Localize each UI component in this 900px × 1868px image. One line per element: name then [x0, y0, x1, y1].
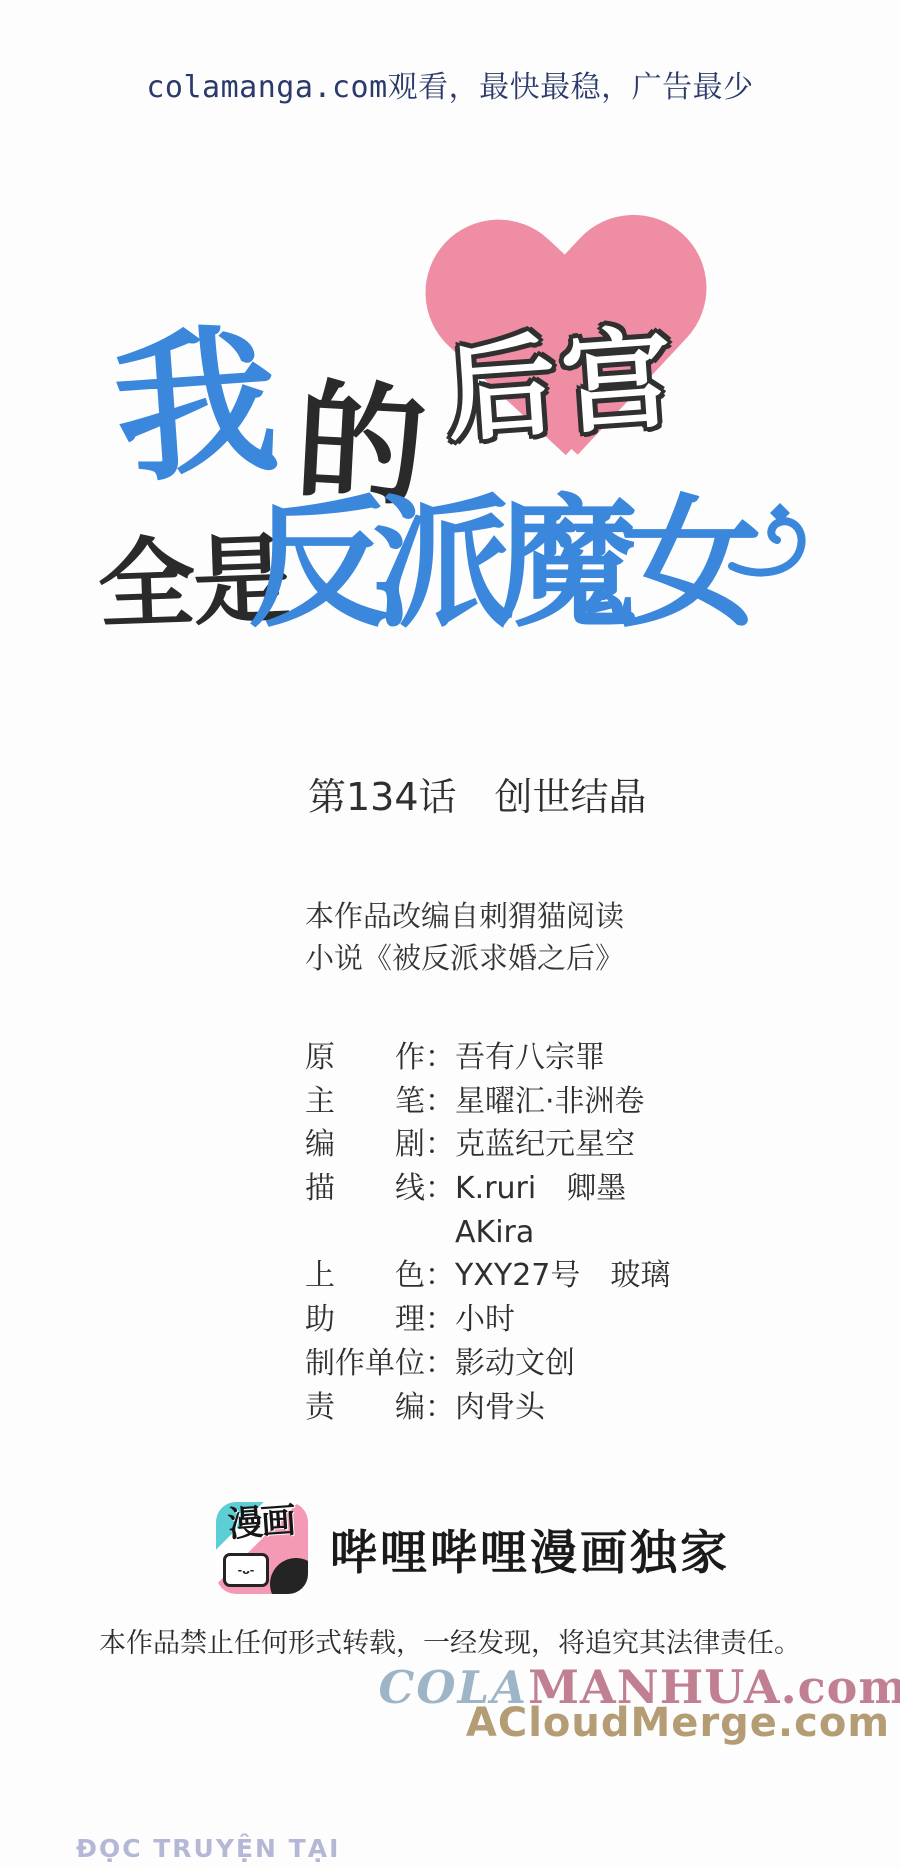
credit-value: 克蓝纪元星空 [455, 1127, 635, 1162]
chapter-title: 第134话 创世结晶 [308, 766, 647, 821]
bilibili-icon-tv-face: -ᴗ- [223, 1553, 269, 1587]
devil-tail-icon [728, 492, 820, 584]
credit-row-production-unit: 制作单位：影动文创 [305, 1342, 670, 1386]
credit-row-lead-artist: 主 笔：星曜汇·非洲卷 [305, 1080, 670, 1124]
site-watermark-acloudmerge: ACloudMerge.com [466, 1700, 890, 1746]
credit-value: 吾有八宗罪 [455, 1040, 605, 1075]
credit-value: AKira [455, 1215, 534, 1250]
credit-value: 影动文创 [455, 1346, 575, 1381]
series-title-char-wo: 我 [110, 321, 283, 494]
adaptation-note-line1: 本作品改编自刺猬猫阅读 [305, 894, 624, 935]
bilibili-icon-ink-blob [270, 1558, 308, 1594]
tv-face-icon: -ᴗ- [238, 1565, 255, 1576]
credit-label: 制作单位： [305, 1342, 455, 1386]
credit-row-editor: 责 编：肉骨头 [305, 1386, 670, 1430]
doc-truyen-tai-watermark: ĐỌC TRUYỆN TẠI [76, 1834, 340, 1863]
credit-row-screenwriter: 编 剧：克蓝纪元星空 [305, 1123, 670, 1167]
series-title-heart-text: 后宫 [442, 322, 681, 448]
credit-label: 原 作： [305, 1036, 455, 1080]
credit-label: 描 线： [305, 1167, 455, 1211]
site-promo-text: colamanga.com观看，最快最稳，广告最少 [0, 62, 900, 106]
credit-value: YXY27号 玻璃 [455, 1258, 670, 1293]
credit-value: K.ruri 卿墨 [455, 1171, 626, 1206]
series-title-line2-blue: 反派魔女 [248, 494, 744, 636]
credit-row-coloring: 上 色：YXY27号 玻璃 [305, 1254, 670, 1298]
manga-title-page: colamanga.com观看，最快最稳，广告最少 后宫 我 的 全是 反派魔女… [0, 0, 900, 1868]
adaptation-note-line2: 小说《被反派求婚之后》 [305, 936, 624, 977]
bilibili-icon-manhua-text: 漫画 [227, 1504, 299, 1544]
credits-list: 原 作：吾有八宗罪 主 笔：星曜汇·非洲卷 编 剧：克蓝纪元星空 描 线：K.r… [305, 1036, 670, 1429]
credit-label: 助 理： [305, 1298, 455, 1342]
credit-row-line-art-cont: AKira [305, 1211, 670, 1255]
copyright-warning: 本作品禁止任何形式转载，一经发现，将追究其法律责任。 [0, 1621, 900, 1660]
credit-value: 肉骨头 [455, 1390, 545, 1425]
credit-label: 编 剧： [305, 1123, 455, 1167]
credit-value: 小时 [455, 1302, 515, 1337]
credit-label: 责 编： [305, 1386, 455, 1430]
credit-row-assistant: 助 理：小时 [305, 1298, 670, 1342]
publisher-exclusive-text: 哔哩哔哩漫画独家 [330, 1516, 730, 1583]
credit-label: 主 笔： [305, 1080, 455, 1124]
credit-label: 上 色： [305, 1254, 455, 1298]
credit-value: 星曜汇·非洲卷 [455, 1084, 645, 1119]
credit-row-original-author: 原 作：吾有八宗罪 [305, 1036, 670, 1080]
bilibili-manga-app-icon: 漫画 -ᴗ- [216, 1502, 308, 1594]
credit-row-line-art: 描 线：K.ruri 卿墨 [305, 1167, 670, 1211]
